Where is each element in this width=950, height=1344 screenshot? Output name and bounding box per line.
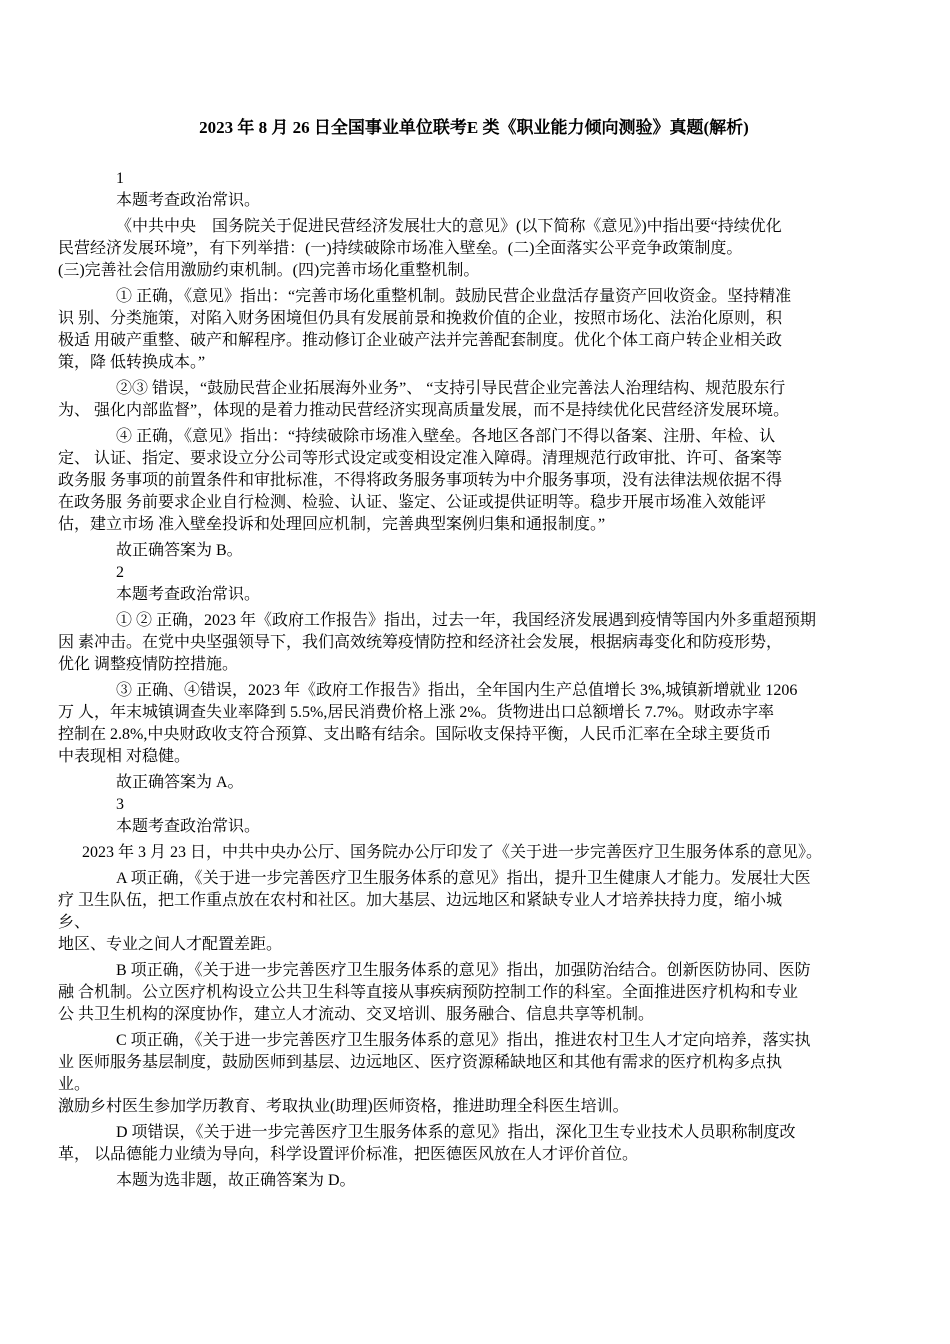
text-line: 民营经济发展环境”，有下列举措：(一)持续破除市场准入壁垒。(二)全面落实公平竞…	[58, 238, 890, 260]
text-line: 《中共中央 国务院关于促进民营经济发展壮大的意见》(以下简称《意见》)中指出要“…	[58, 216, 890, 238]
text-line: D 项错误，《关于进一步完善医疗卫生服务体系的意见》指出，深化卫生专业技术人员职…	[58, 1122, 890, 1144]
text-line: 极适 用破产重整、破产和解程序。推动修订企业破产法并完善配套制度。优化个体工商户…	[58, 330, 890, 352]
text-line: 业。	[58, 1074, 890, 1096]
document-title: 2023 年 8 月 26 日全国事业单位联考E 类《职业能力倾向测验》真题(解…	[58, 116, 890, 140]
text-line: ②③ 错误，“鼓励民营企业拓展海外业务”、 “支持引导民营企业完善法人治理结构、…	[58, 378, 890, 400]
question-number: 1	[58, 168, 890, 190]
text-line: C 项正确，《关于进一步完善医疗卫生服务体系的意见》指出，推进农村卫生人才定向培…	[58, 1030, 890, 1052]
text-line: ④ 正确，《意见》指出：“持续破除市场准入壁垒。各地区各部门不得以备案、注册、年…	[58, 426, 890, 448]
question-number: 2	[58, 562, 890, 584]
question-topic: 本题考查政治常识。	[58, 816, 890, 838]
text-line: 政务服 务事项的前置条件和审批标准，不得将政务服务事项转为中介服务事项，没有法律…	[58, 470, 890, 492]
text-line: 公 共卫生机构的深度协作，建立人才流动、交叉培训、服务融合、信息共享等机制。	[58, 1004, 890, 1026]
text-line: 2023 年 3 月 23 日，中共中央办公厅、国务院办公厅印发了《关于进一步完…	[58, 842, 890, 864]
text-line: A 项正确，《关于进一步完善医疗卫生服务体系的意见》指出，提升卫生健康人才能力。…	[58, 868, 890, 890]
text-line: 识 别、分类施策，对陷入财务困境但仍具有发展前景和挽救价值的企业，按照市场化、法…	[58, 308, 890, 330]
question-topic: 本题考查政治常识。	[58, 190, 890, 212]
text-line: 为、 强化内部监督”，体现的是着力推动民营经济实现高质量发展，而不是持续优化民营…	[58, 400, 890, 422]
document-body: 1本题考查政治常识。《中共中央 国务院关于促进民营经济发展壮大的意见》(以下简称…	[58, 168, 890, 1192]
text-line: 地区、专业之间人才配置差距。	[58, 934, 890, 956]
text-line: 控制在 2.8%,中央财政收支符合预算、支出略有结余。国际收支保持平衡，人民币汇…	[58, 724, 890, 746]
text-line: 在政务服 务前要求企业自行检测、检验、认证、鉴定、公证或提供证明等。稳步开展市场…	[58, 492, 890, 514]
text-line: 估，建立市场 准入壁垒投诉和处理回应机制，完善典型案例归集和通报制度。”	[58, 514, 890, 536]
text-line: 革， 以品德能力业绩为导向，科学设置评价标准，把医德医风放在人才评价首位。	[58, 1144, 890, 1166]
text-line: 融 合机制。公立医疗机构设立公共卫生科等直接从事疾病预防控制工作的科室。全面推进…	[58, 982, 890, 1004]
text-line: 中表现相 对稳健。	[58, 746, 890, 768]
text-line: ① ② 正确，2023 年《政府工作报告》指出，过去一年，我国经济发展遇到疫情等…	[58, 610, 890, 632]
text-line: 因 素冲击。在党中央坚强领导下，我们高效统筹疫情防控和经济社会发展，根据病毒变化…	[58, 632, 890, 654]
text-line: 故正确答案为 A。	[58, 772, 890, 794]
text-line: ③ 正确、④错误，2023 年《政府工作报告》指出，全年国内生产总值增长 3%,…	[58, 680, 890, 702]
text-line: 乡、	[58, 912, 890, 934]
text-line: 激励乡村医生参加学历教育、考取执业(助理)医师资格，推进助理全科医生培训。	[58, 1096, 890, 1118]
text-line: (三)完善社会信用激励约束机制。(四)完善市场化重整机制。	[58, 260, 890, 282]
document-page: 2023 年 8 月 26 日全国事业单位联考E 类《职业能力倾向测验》真题(解…	[0, 0, 950, 1344]
text-line: 业 医师服务基层制度，鼓励医师到基层、边远地区、医疗资源稀缺地区和其他有需求的医…	[58, 1052, 890, 1074]
text-line: 本题为选非题，故正确答案为 D。	[58, 1170, 890, 1192]
text-line: 疗 卫生队伍，把工作重点放在农村和社区。加大基层、边远地区和紧缺专业人才培养扶持…	[58, 890, 890, 912]
text-line: 定、 认证、指定、要求设立分公司等形式设定或变相设定准入障碍。清理规范行政审批、…	[58, 448, 890, 470]
text-line: ① 正确，《意见》指出：“完善市场化重整机制。鼓励民营企业盘活存量资产回收资金。…	[58, 286, 890, 308]
text-line: B 项正确，《关于进一步完善医疗卫生服务体系的意见》指出，加强防治结合。创新医防…	[58, 960, 890, 982]
text-line: 优化 调整疫情防控措施。	[58, 654, 890, 676]
text-line: 万 人，年末城镇调查失业率降到 5.5%,居民消费价格上涨 2%。货物进出口总额…	[58, 702, 890, 724]
text-line: 故正确答案为 B。	[58, 540, 890, 562]
question-number: 3	[58, 794, 890, 816]
question-topic: 本题考查政治常识。	[58, 584, 890, 606]
text-line: 策，降 低转换成本。”	[58, 352, 890, 374]
